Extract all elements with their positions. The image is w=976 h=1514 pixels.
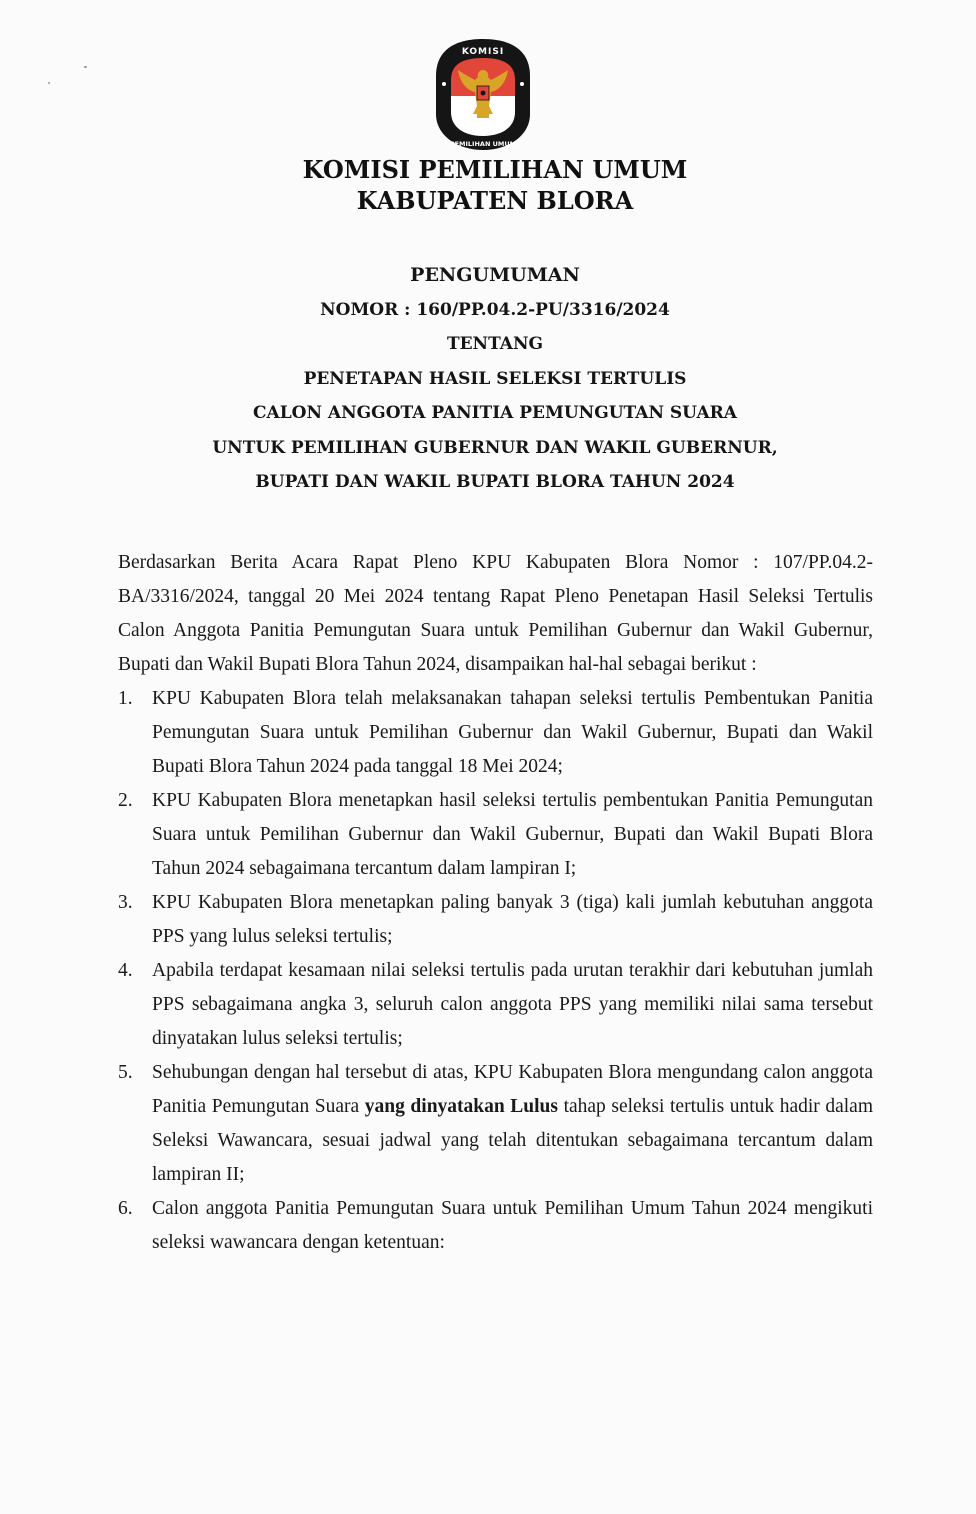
intro-paragraph: Berdasarkan Berita Acara Rapat Pleno KPU…: [118, 546, 873, 682]
list-item: 5. Sehubungan dengan hal tersebut di ata…: [118, 1056, 873, 1192]
item-text: Sehubungan dengan hal tersebut di atas, …: [152, 1062, 873, 1185]
institution-header: KOMISI PEMILIHAN UMUM KABUPATEN BLORA: [0, 154, 976, 216]
announcement-subject-line: UNTUK PEMILIHAN GUBERNUR DAN WAKIL GUBER…: [0, 431, 976, 466]
item-number: 5.: [118, 1056, 133, 1090]
institution-name: KOMISI PEMILIHAN UMUM: [0, 154, 976, 185]
announcement-title-block: PENGUMUMAN NOMOR : 160/PP.04.2-PU/3316/2…: [0, 258, 976, 500]
announcement-number: NOMOR : 160/PP.04.2-PU/3316/2024: [0, 293, 976, 328]
announcement-subject-line: CALON ANGGOTA PANITIA PEMUNGUTAN SUARA: [0, 396, 976, 431]
provisions-list: 1. KPU Kabupaten Blora telah melaksanaka…: [118, 682, 873, 1260]
svg-text:KOMISI: KOMISI: [462, 47, 504, 57]
scan-speck: [84, 66, 87, 68]
institution-region: KABUPATEN BLORA: [0, 185, 976, 216]
list-item: 3. KPU Kabupaten Blora menetapkan paling…: [118, 886, 873, 954]
item-text-emphasis: yang dinyatakan Lulus: [365, 1096, 558, 1117]
item-number: 2.: [118, 784, 133, 818]
scan-speck: [48, 82, 50, 84]
kpu-emblem-icon: KOMISI PEMILIHAN UMUM: [433, 36, 533, 154]
item-text: Apabila terdapat kesamaan nilai seleksi …: [152, 960, 873, 1049]
item-text: KPU Kabupaten Blora menetapkan hasil sel…: [152, 790, 873, 879]
item-number: 4.: [118, 954, 133, 988]
list-item: 1. KPU Kabupaten Blora telah melaksanaka…: [118, 682, 873, 784]
list-item: 2. KPU Kabupaten Blora menetapkan hasil …: [118, 784, 873, 886]
list-item: 6. Calon anggota Panitia Pemungutan Suar…: [118, 1192, 873, 1260]
announcement-subject-line: BUPATI DAN WAKIL BUPATI BLORA TAHUN 2024: [0, 465, 976, 500]
item-text: Calon anggota Panitia Pemungutan Suara u…: [152, 1198, 873, 1253]
announcement-about: TENTANG: [0, 327, 976, 362]
item-text: KPU Kabupaten Blora telah melaksanakan t…: [152, 688, 873, 777]
announcement-subject-line: PENETAPAN HASIL SELEKSI TERTULIS: [0, 362, 976, 397]
announcement-heading: PENGUMUMAN: [0, 258, 976, 293]
announcement-body: Berdasarkan Berita Acara Rapat Pleno KPU…: [118, 546, 873, 1260]
item-number: 6.: [118, 1192, 133, 1226]
item-text: KPU Kabupaten Blora menetapkan paling ba…: [152, 892, 873, 947]
svg-text:PEMILIHAN UMUM: PEMILIHAN UMUM: [450, 140, 516, 148]
list-item: 4. Apabila terdapat kesamaan nilai selek…: [118, 954, 873, 1056]
item-number: 1.: [118, 682, 133, 716]
item-number: 3.: [118, 886, 133, 920]
